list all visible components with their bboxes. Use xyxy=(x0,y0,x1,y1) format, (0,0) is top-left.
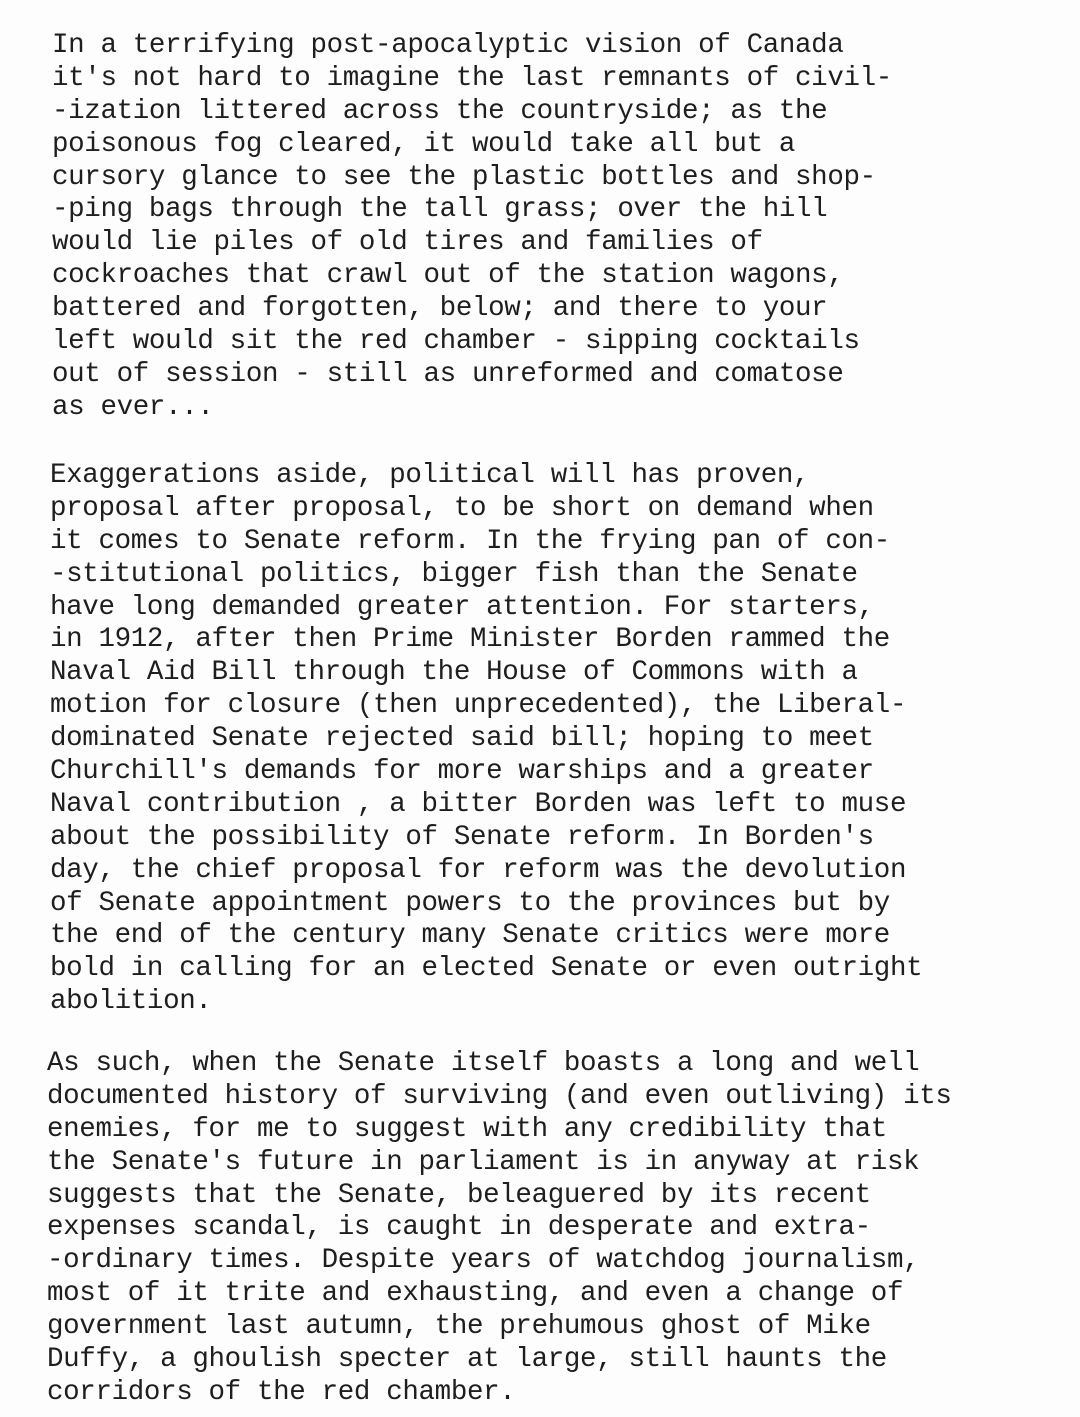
text-line: documented history of surviving (and eve… xyxy=(47,1081,952,1114)
text-line: expenses scandal, is caught in desperate… xyxy=(47,1212,952,1245)
text-line: out of session - still as unreformed and… xyxy=(52,359,892,392)
text-line: the Senate's future in parliament is in … xyxy=(47,1147,952,1180)
text-line: it comes to Senate reform. In the frying… xyxy=(50,526,922,559)
text-line: corridors of the red chamber. xyxy=(47,1377,952,1410)
text-line: enemies, for me to suggest with any cred… xyxy=(47,1114,952,1147)
text-line: in 1912, after then Prime Minister Borde… xyxy=(50,624,922,657)
text-line: bold in calling for an elected Senate or… xyxy=(50,953,922,986)
text-line: Naval contribution , a bitter Borden was… xyxy=(50,789,922,822)
text-line: In a terrifying post-apocalyptic vision … xyxy=(52,30,892,63)
text-line: poisonous fog cleared, it would take all… xyxy=(52,129,892,162)
text-line: the end of the century many Senate criti… xyxy=(50,920,922,953)
paragraph-post-apocalyptic-vision: In a terrifying post-apocalyptic vision … xyxy=(52,30,892,425)
text-line: have long demanded greater attention. Fo… xyxy=(50,592,922,625)
text-line: battered and forgotten, below; and there… xyxy=(52,293,892,326)
text-line: -ping bags through the tall grass; over … xyxy=(52,194,892,227)
text-line: -stitutional politics, bigger fish than … xyxy=(50,559,922,592)
text-line: as ever... xyxy=(52,392,892,425)
text-line: -ordinary times. Despite years of watchd… xyxy=(47,1245,952,1278)
text-line: Exaggerations aside, political will has … xyxy=(50,460,922,493)
text-line: motion for closure (then unprecedented),… xyxy=(50,690,922,723)
text-line: cursory glance to see the plastic bottle… xyxy=(52,162,892,195)
text-line: dominated Senate rejected said bill; hop… xyxy=(50,723,922,756)
text-line: cockroaches that crawl out of the statio… xyxy=(52,260,892,293)
text-line: government last autumn, the prehumous gh… xyxy=(47,1311,952,1344)
text-line: Churchill's demands for more warships an… xyxy=(50,756,922,789)
text-line: left would sit the red chamber - sipping… xyxy=(52,326,892,359)
text-line: most of it trite and exhausting, and eve… xyxy=(47,1278,952,1311)
text-line: As such, when the Senate itself boasts a… xyxy=(47,1048,952,1081)
text-line: day, the chief proposal for reform was t… xyxy=(50,855,922,888)
typewritten-page: In a terrifying post-apocalyptic vision … xyxy=(0,0,1080,1417)
text-line: it's not hard to imagine the last remnan… xyxy=(52,63,892,96)
text-line: Naval Aid Bill through the House of Comm… xyxy=(50,657,922,690)
paragraph-senate-survival: As such, when the Senate itself boasts a… xyxy=(47,1048,952,1410)
text-line: suggests that the Senate, beleaguered by… xyxy=(47,1180,952,1213)
text-line: of Senate appointment powers to the prov… xyxy=(50,888,922,921)
paragraph-senate-reform-history: Exaggerations aside, political will has … xyxy=(50,460,922,1019)
text-line: about the possibility of Senate reform. … xyxy=(50,822,922,855)
text-line: proposal after proposal, to be short on … xyxy=(50,493,922,526)
text-line: would lie piles of old tires and familie… xyxy=(52,227,892,260)
text-line: abolition. xyxy=(50,986,922,1019)
text-line: Duffy, a ghoulish specter at large, stil… xyxy=(47,1344,952,1377)
text-line: -ization littered across the countryside… xyxy=(52,96,892,129)
